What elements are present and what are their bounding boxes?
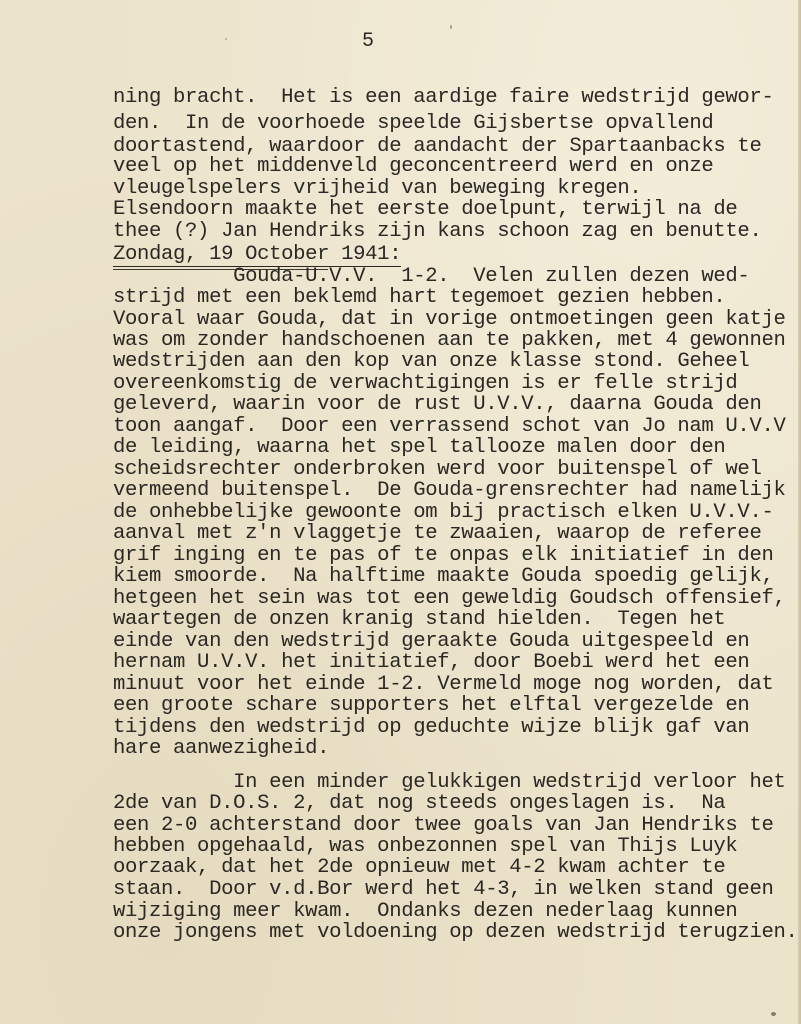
text-line: Gouda-U.V.V. 1-2. Velen zullen dezen wed… [113,266,749,288]
page-number: 5 [362,30,374,53]
section-heading-wrap: Zondag, 19 October 1941: [113,244,401,267]
text-line: was om zonder handschoenen aan te pakken… [113,330,785,352]
text-line: geleverd, waarin voor de rust U.V.V., da… [113,394,761,416]
text-line: thee (?) Jan Hendriks zijn kans schoon z… [113,221,761,243]
text-line: een groote schare supporters het elftal … [113,695,749,717]
text-line: onze jongens met voldoening op dezen wed… [113,922,797,944]
text-line: oorzaak, dat het 2de opnieuw met 4-2 kwa… [113,857,725,879]
text-line: Vooral waar Gouda, dat in vorige ontmoet… [113,309,785,331]
text-line: aanval met z'n vlaggetje te zwaaien, waa… [113,523,761,545]
text-line: ning bracht. Het is een aardige faire we… [113,87,773,109]
text-line: den. In de voorhoede speelde Gijsbertse … [113,113,713,135]
text-line: strijd met een beklemd hart tegemoet gez… [113,287,725,309]
paper-speck [771,1012,776,1016]
text-line: overeenkomstig de verwachtigingen is er … [113,373,737,395]
text-line: hernam U.V.V. het initiatief, door Boebi… [113,652,749,674]
text-line: minuut voor het einde 1-2. Vermeld moge … [113,674,773,696]
text-line: een 2-0 achterstand door twee goals van … [113,815,773,837]
text-line: wedstrijden aan den kop van onze klasse … [113,351,749,373]
text-line: wijziging meer kwam. Ondanks dezen neder… [113,901,737,923]
text-line: hebben opgehaald, was onbezonnen spel va… [113,836,737,858]
section-heading: Zondag, 19 October 1941: [113,244,401,267]
text-line: einde van den wedstrijd geraakte Gouda u… [113,631,749,653]
text-line: In een minder gelukkigen wedstrijd verlo… [113,772,785,794]
text-line: de leiding, waarna het spel tallooze mal… [113,437,725,459]
text-line: toon aangaf. Door een verrassend schot v… [113,416,785,438]
typewritten-page: 5 ning bracht. Het is een aardige faire … [0,0,801,1024]
text-line: vleugelspelers vrijheid van beweging kre… [113,178,641,200]
text-line: hetgeen het sein was tot een geweldig Go… [113,588,785,610]
paper-speck [450,25,452,29]
text-line: waartegen de onzen kranig stand hielden.… [113,609,725,631]
text-line: grif inging en te pas of te onpas elk in… [113,545,773,567]
text-line: de onhebbelijke gewoonte om bij practisc… [113,502,773,524]
text-line: hare aanwezigheid. [113,738,329,760]
paper-speck [225,38,227,40]
text-line: kiem smoorde. Na halftime maakte Gouda s… [113,566,773,588]
text-line: 2de van D.O.S. 2, dat nog steeds ongesla… [113,793,725,815]
text-line: veel op het middenveld geconcentreerd we… [113,156,713,178]
text-line: vermeend buitenspel. De Gouda-grensrecht… [113,480,785,502]
text-line: staan. Door v.d.Bor werd het 4-3, in wel… [113,879,773,901]
text-line: tijdens den wedstrijd op geduchte wijze … [113,717,749,739]
text-line: Elsendoorn maakte het eerste doelpunt, t… [113,199,737,221]
text-line: scheidsrechter onderbroken werd voor bui… [113,459,761,481]
